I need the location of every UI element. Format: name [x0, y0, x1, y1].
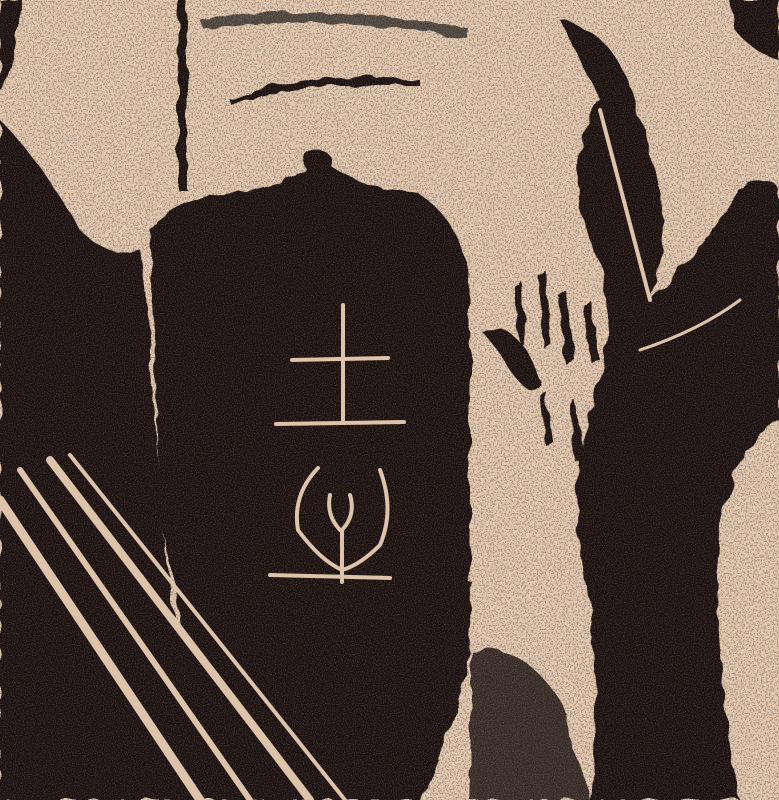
lithograph-artwork	[0, 0, 779, 800]
